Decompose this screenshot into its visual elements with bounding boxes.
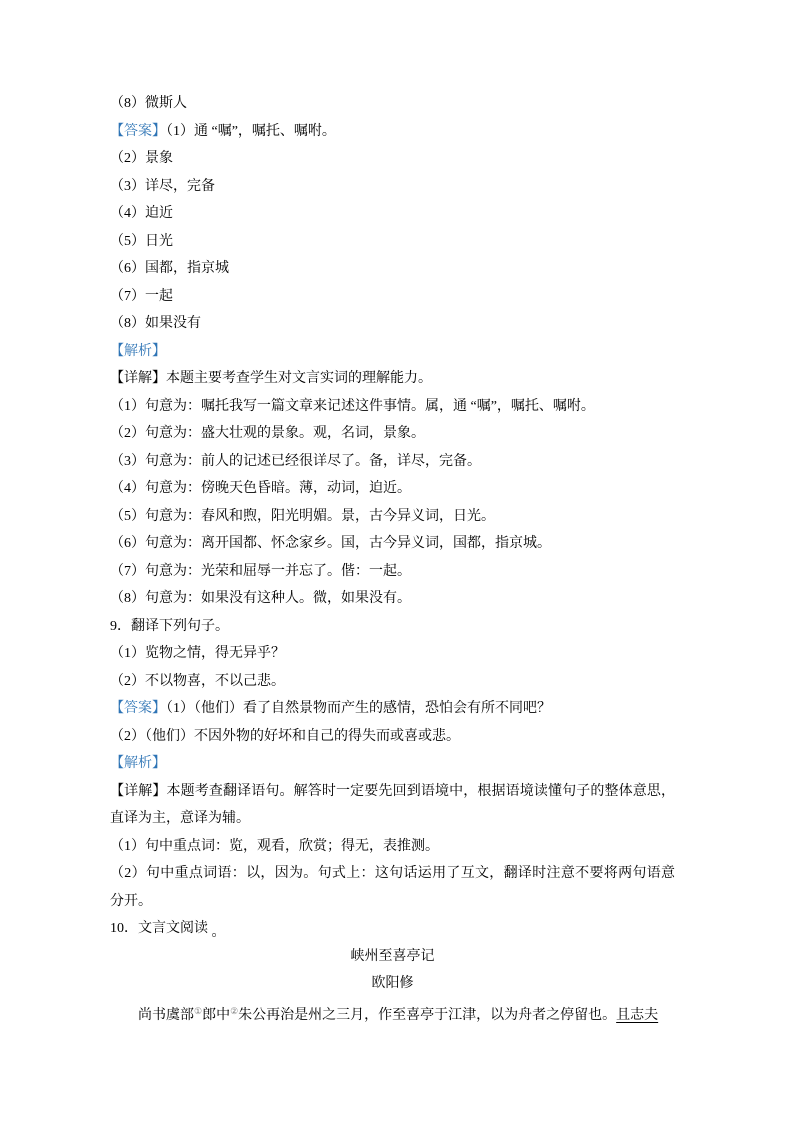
footnote-ref-icon: ② [230, 1006, 238, 1016]
text-run: 。 [212, 919, 226, 947]
text-run: （6）句意为：离开国都、怀念家乡。国，古今异义词，国都，指京城。 [110, 536, 551, 551]
question-8-item-8: （8）微斯人 [110, 90, 675, 118]
underlined-text: 且志夫 [616, 1008, 658, 1023]
text-run: （8）句意为：如果没有这种人。微，如果没有。 [110, 591, 411, 606]
text-run: （7）句意为：光荣和屈辱一并忘了。偕：一起。 [110, 564, 411, 579]
text-run: （5）日光 [110, 234, 173, 249]
text-run: （2）（他们）不因外物的好坏和自己的得失而或喜或悲。 [110, 729, 460, 744]
detail-item-1: （1）句意为：嘱托我写一篇文章来记述这件事情。属，通 “嘱”，嘱托、嘱咐。 [110, 393, 675, 421]
text-run: 10．文言文阅读 [110, 921, 212, 936]
text-run: 欧阳修 [372, 976, 414, 991]
detail-item-5: （5）句意为：春风和煦，阳光明媚。景，古今异义词，日光。 [110, 503, 675, 531]
detail-intro-q9: 【详解】本题考查翻译语句。解答时一定要先回到语境中，根据语境读懂句子的整体意思，… [110, 778, 675, 833]
text-run: （4）迫近 [110, 206, 173, 221]
text-run: （8）如果没有 [110, 316, 201, 331]
answer-item-3: （3）详尽，完备 [110, 173, 675, 201]
text-run: （1）句意为：嘱托我写一篇文章来记述这件事情。属，通 “嘱”，嘱托、嘱咐。 [110, 399, 595, 414]
text-run: （2）句意为：盛大壮观的景象。观，名词，景象。 [110, 426, 425, 441]
bracket-label: 【答案】 [110, 124, 166, 139]
answer-item-5: （5）日光 [110, 228, 675, 256]
answer-item-7: （7）一起 [110, 283, 675, 311]
text-run: （2）不以物喜，不以己悲。 [110, 674, 285, 689]
answer-q9-item-2: （2）（他们）不因外物的好坏和自己的得失而或喜或悲。 [110, 723, 675, 751]
answer-item-8: （8）如果没有 [110, 310, 675, 338]
analysis-label-q9: 【解析】 [110, 750, 675, 778]
text-run: （2）景象 [110, 151, 173, 166]
bracket-label: 【答案】 [110, 701, 166, 716]
text-run: （5）句意为：春风和煦，阳光明媚。景，古今异义词，日光。 [110, 509, 495, 524]
text-run: （1）（他们）看了自然景物而产生的感情，恐怕会有所不同吧？ [166, 701, 551, 716]
text-run: （3）详尽，完备 [110, 179, 215, 194]
detail-item-6: （6）句意为：离开国都、怀念家乡。国，古今异义词，国都，指京城。 [110, 530, 675, 558]
detail-item-7: （7）句意为：光荣和屈辱一并忘了。偕：一起。 [110, 558, 675, 586]
question-9-item-2: （2）不以物喜，不以己悲。 [110, 668, 675, 696]
document-page: （8）微斯人【答案】（1）通 “嘱”，嘱托、嘱咐。（2）景象（3）详尽，完备（4… [0, 0, 794, 1123]
answer-block-q9: 【答案】（1）（他们）看了自然景物而产生的感情，恐怕会有所不同吧？ [110, 695, 675, 723]
text-run: （7）一起 [110, 289, 173, 304]
text-run: （4）句意为：傍晚天色昏暗。薄，动词，迫近。 [110, 481, 411, 496]
text-run: （3）句意为：前人的记述已经很详尽了。备，详尽，完备。 [110, 454, 481, 469]
footnote-ref-icon: ① [194, 1006, 202, 1016]
question-9-title: 9．翻译下列句子。 [110, 613, 675, 641]
detail-item-2: （2）句意为：盛大壮观的景象。观，名词，景象。 [110, 420, 675, 448]
text-run: （6）国都，指京城 [110, 261, 229, 276]
text-run: 【详解】本题考查翻译语句。解答时一定要先回到语境中，根据语境读懂句子的整体意思，… [110, 784, 675, 827]
text-run: （1）通 “嘱”，嘱托、嘱咐。 [166, 124, 336, 139]
bracket-label: 【解析】 [110, 756, 166, 771]
reading-passage-body: 尚书虞部①郎中②朱公再治是州之三月，作至喜亭于江津，以为舟者之停留也。且志夫 [110, 998, 675, 1030]
detail-q9-item-1: （1）句中重点词：览，观看，欣赏；得无，表推测。 [110, 833, 675, 861]
document-body: （8）微斯人【答案】（1）通 “嘱”，嘱托、嘱咐。（2）景象（3）详尽，完备（4… [110, 90, 675, 1029]
detail-item-4: （4）句意为：傍晚天色昏暗。薄，动词，迫近。 [110, 475, 675, 503]
text-run: （1）句中重点词：览，观看，欣赏；得无，表推测。 [110, 839, 439, 854]
text-run: （1）览物之情，得无异乎？ [110, 646, 285, 661]
answer-item-4: （4）迫近 [110, 200, 675, 228]
text-run: 峡州至喜亭记 [351, 949, 435, 964]
text-run: 【详解】本题主要考查学生对文言实词的理解能力。 [110, 371, 432, 386]
detail-item-3: （3）句意为：前人的记述已经很详尽了。备，详尽，完备。 [110, 448, 675, 476]
text-run: （8）微斯人 [110, 96, 187, 111]
text-run: （2）句中重点词语：以，因为。句式上：这句话运用了互文，翻译时注意不要将两句语意… [110, 866, 675, 909]
bracket-label: 【解析】 [110, 344, 166, 359]
answer-item-6: （6）国都，指京城 [110, 255, 675, 283]
question-9-item-1: （1）览物之情，得无异乎？ [110, 640, 675, 668]
text-run: 9．翻译下列句子。 [110, 619, 229, 634]
question-10-title: 10．文言文阅读 。 [110, 915, 675, 943]
text-run: 朱公再治是州之三月，作至喜亭于江津，以为舟者之停留也。 [238, 1008, 616, 1023]
analysis-label-q8: 【解析】 [110, 338, 675, 366]
detail-intro-q8: 【详解】本题主要考查学生对文言实词的理解能力。 [110, 365, 675, 393]
text-run: 郎中 [202, 1008, 230, 1023]
answer-item-2: （2）景象 [110, 145, 675, 173]
detail-q9-item-2: （2）句中重点词语：以，因为。句式上：这句话运用了互文，翻译时注意不要将两句语意… [110, 860, 675, 915]
answer-block-q8: 【答案】（1）通 “嘱”，嘱托、嘱咐。 [110, 118, 675, 146]
detail-item-8: （8）句意为：如果没有这种人。微，如果没有。 [110, 585, 675, 613]
text-run: 尚书虞部 [138, 1008, 194, 1023]
reading-passage-author: 欧阳修 [110, 970, 675, 998]
reading-passage-title: 峡州至喜亭记 [110, 943, 675, 971]
